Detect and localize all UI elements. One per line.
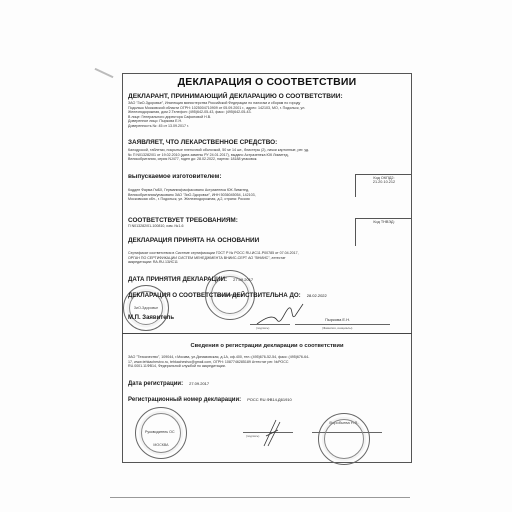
tnved-label: Код ТНВЭД: (356, 220, 412, 224)
manufacturer-line: Московская обл., г. Подольск, ул. Железн… (128, 197, 400, 202)
registration-date: Дата регистрации:27.09.2017 (128, 381, 209, 387)
applicant-name: Пыркова Е.Н. (325, 318, 385, 323)
requirements-heading: СООТВЕТСТВУЕТ ТРЕБОВАНИЯМ: (128, 217, 238, 224)
basis-line: аккредитации: RA.RU.13ИС11 (128, 260, 400, 265)
basis-heading: ДЕКЛАРАЦИЯ ПРИНЯТА НА ОСНОВАНИИ (128, 237, 259, 244)
scanned-page: ДЕКЛАРАЦИЯ О СООТВЕТСТВИИ ДЕКЛАРАНТ, ПРИ… (0, 0, 512, 512)
claims-details: Кaлодрокой, таблетки, покрытые пленочной… (128, 148, 400, 162)
registration-date-label: Дата регистрации: (128, 381, 183, 387)
declarant-heading: ДЕКЛАРАНТ, ПРИНИМАЮЩИЙ ДЕКЛАРАЦИЮ О СООТ… (128, 93, 343, 100)
claims-heading: ЗАЯВЛЯЕТ, ЧТО ЛЕКАРСТВЕННОЕ СРЕДСТВО: (128, 139, 277, 146)
tnved-code-box: Код ТНВЭД: (355, 218, 412, 246)
valid-until-value: 28.02.2022 (307, 293, 327, 298)
stamp-text: Воробьева Н.В. (319, 420, 369, 425)
stamp-text: МОСКВА (136, 443, 186, 447)
head-of-cb-label: Руководитель ОС (145, 430, 225, 435)
manufacturer-heading: выпускаемое изготовителем: (128, 173, 222, 180)
declaration-frame (122, 73, 412, 463)
registration-stamp-right: Воробьева Н.В. (318, 413, 370, 465)
registration-details: ЗАО "Техкачество", 109044, г.Москва, ул.… (128, 355, 400, 369)
registration-line: RU.0001.11ФВ14, Федеральной службой по а… (128, 364, 400, 369)
registration-number-label: Регистрационный номер декларации: (128, 397, 241, 403)
okpd-value: 21.20.10.212 (356, 180, 412, 184)
registration-number: Регистрационный номер декларации:РОСС RU… (128, 397, 292, 403)
declarant-line: Доверенность №: 45 от 13.09.2017 г. (128, 124, 400, 129)
section-divider (122, 333, 412, 334)
registration-signature-caption: (подпись) (246, 434, 259, 438)
claims-line: Великобритания, серия NJ477, годен до: 2… (128, 157, 400, 162)
name-caption: (Фамилия, инициалы) (322, 326, 352, 330)
registration-heading: Сведения о регистрации декларации о соот… (122, 343, 412, 349)
basis-details: Сертификат соответствия в Системе сертиф… (128, 251, 400, 265)
stamp-text: ЗиО-Здоровье (124, 306, 168, 310)
valid-until: ДЕКЛАРАЦИЯ О СООТВЕТСТВИИ ДЕЙСТВИТЕЛЬНА … (128, 292, 327, 299)
document-title: ДЕКЛАРАЦИЯ О СООТВЕТСТВИИ (122, 76, 412, 88)
declarant-details: ЗАО "ЗиО-Здоровье", Инспекция министерст… (128, 101, 400, 129)
acceptance-date-value: 27.09.2017 (233, 277, 253, 282)
page-bottom-line (110, 497, 410, 498)
okpd-code-box: Код ОКПД2: 21.20.10.212 (355, 174, 412, 197)
signature-caption: (подпись) (256, 326, 269, 330)
acceptance-date: ДАТА ПРИНЯТИЯ ДЕКЛАРАЦИИ:27.09.2017 (128, 276, 253, 283)
valid-until-label: ДЕКЛАРАЦИЯ О СООТВЕТСТВИИ ДЕЙСТВИТЕЛЬНА … (128, 292, 301, 299)
mp-applicant-label: М.П. Заявитель (128, 315, 174, 321)
name-line (295, 324, 390, 325)
registration-signature (262, 418, 282, 448)
registration-number-value: РОСС RU.ФВ14.Д61910 (247, 397, 292, 402)
scan-artifact (95, 68, 114, 78)
registration-date-value: 27.09.2017 (189, 381, 209, 386)
acceptance-date-label: ДАТА ПРИНЯТИЯ ДЕКЛАРАЦИИ: (128, 276, 227, 283)
signature-line (250, 324, 290, 325)
